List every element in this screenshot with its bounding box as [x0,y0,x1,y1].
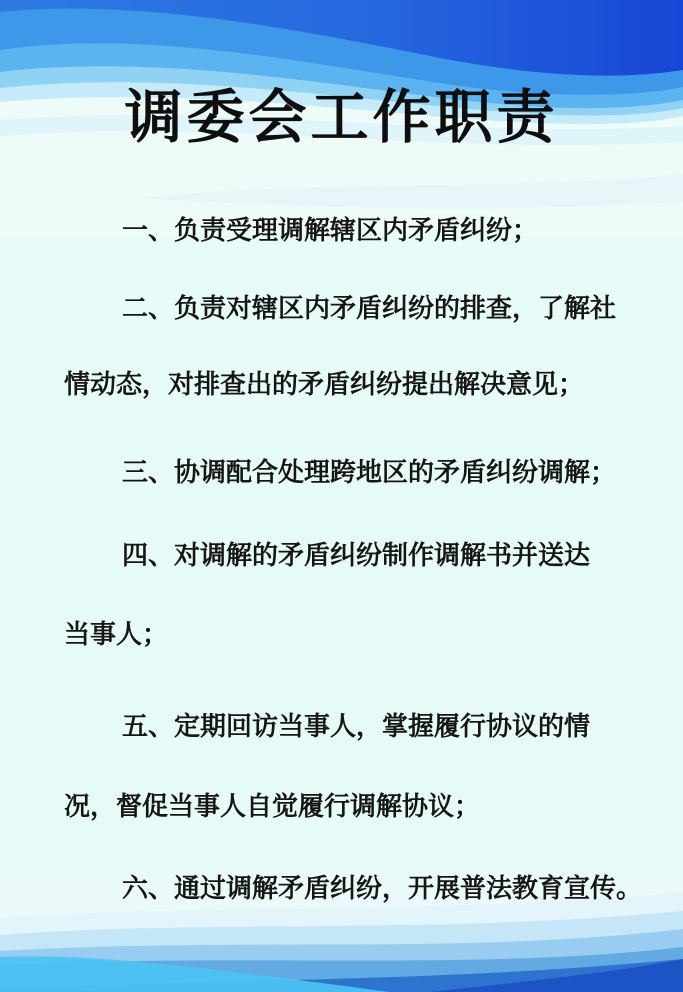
duty-line-6: 六、通过调解矛盾纠纷，开展普法教育宣传。 [122,872,642,906]
duty-line-2: 二、负责对辖区内矛盾纠纷的排查，了解社 [122,292,616,326]
duty-line-4: 四、对调解的矛盾纠纷制作调解书并送达 [122,539,590,573]
duty-line-5-wrap: 况，督促当事人自觉履行调解协议； [64,790,480,824]
duties-list: 一、负责受理调解辖区内矛盾纠纷； 二、负责对辖区内矛盾纠纷的排查，了解社 情动态… [0,0,683,992]
poster-board: 调委会工作职责 一、负责受理调解辖区内矛盾纠纷； 二、负责对辖区内矛盾纠纷的排查… [0,0,683,992]
duty-line-2-wrap: 情动态，对排查出的矛盾纠纷提出解决意见； [64,368,584,402]
duty-line-5: 五、定期回访当事人，掌握履行协议的情 [122,710,590,744]
duty-line-1: 一、负责受理调解辖区内矛盾纠纷； [122,214,538,248]
duty-line-4-wrap: 当事人； [64,618,168,652]
duty-line-3: 三、协调配合处理跨地区的矛盾纠纷调解； [122,456,616,490]
